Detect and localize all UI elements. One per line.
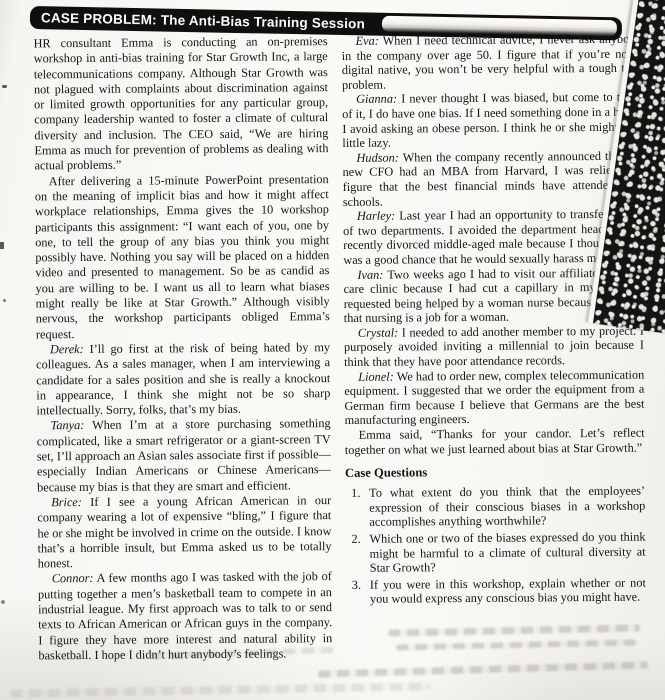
- scan-speck: [0, 242, 4, 249]
- speaker-paragraph-harley: Harley: Last year I had an opportunity t…: [343, 207, 643, 268]
- speaker-name: Gianna:: [356, 92, 397, 106]
- paragraph-text: After delivering a 15-minute PowerPoint …: [35, 172, 330, 341]
- speaker-paragraph-connor: Connor: A few months ago I was tasked wi…: [38, 569, 333, 663]
- question-text: If you were in this workshop, explain wh…: [370, 575, 646, 606]
- paragraph-text: HR consultant Emma is conducting an on-p…: [34, 34, 329, 173]
- scan-speck: [3, 299, 6, 302]
- question-number: 2.: [351, 532, 369, 576]
- speaker-paragraph-derek: Derek: I’ll go first at the risk of bein…: [36, 340, 331, 419]
- paragraph-text: Emma said, “Thanks for your candor. Let’…: [345, 426, 645, 457]
- speaker-name: Lionel:: [358, 369, 394, 383]
- speaker-name: Eva:: [356, 34, 379, 48]
- speaker-name: Harley:: [357, 209, 395, 223]
- speaker-name: Tanya:: [51, 418, 85, 432]
- speaker-name: Ivan:: [357, 267, 383, 281]
- scan-speck: [1, 600, 5, 604]
- closing-paragraph: Emma said, “Thanks for your candor. Let’…: [345, 426, 645, 458]
- case-questions-heading: Case Questions: [345, 464, 645, 481]
- intro-paragraph: HR consultant Emma is conducting an on-p…: [34, 34, 329, 174]
- speaker-name: Crystal:: [358, 325, 398, 339]
- header-shine-decoration: [382, 16, 617, 37]
- speaker-name: Brice:: [51, 495, 82, 509]
- case-question-2: 2. Which one or two of the biases expres…: [351, 530, 645, 576]
- speaker-paragraph-tanya: Tanya: When I’m at a store purchasing so…: [37, 416, 332, 495]
- assignment-paragraph: After delivering a 15-minute PowerPoint …: [35, 172, 330, 343]
- bleed-through-text-artifact: [318, 661, 648, 677]
- right-column: Eva: When I need technical advice, I nev…: [342, 32, 647, 662]
- scanned-page: CASE PROBLEM: The Anti-Bias Training Ses…: [0, 0, 665, 700]
- bleed-through-text-artifact: [10, 682, 430, 697]
- speaker-paragraph-lionel: Lionel: We had to order new, complex tel…: [344, 367, 644, 428]
- speaker-name: Hudson:: [356, 150, 398, 164]
- left-column: HR consultant Emma is conducting an on-p…: [34, 34, 333, 663]
- question-text: Which one or two of the biases expressed…: [369, 530, 645, 576]
- speaker-paragraph-hudson: Hudson: When the company recently announ…: [342, 148, 642, 209]
- case-question-3: 3. If you were in this workshop, explain…: [352, 575, 646, 606]
- speaker-name: Derek:: [50, 342, 84, 356]
- two-column-text: HR consultant Emma is conducting an on-p…: [34, 32, 647, 664]
- question-text: To what extent do you think that the emp…: [369, 484, 645, 530]
- speaker-paragraph-crystal: Crystal: I needed to add another member …: [344, 323, 644, 369]
- case-question-1: 1. To what extent do you think that the …: [351, 484, 645, 530]
- page-title: CASE PROBLEM: The Anti-Bias Training Ses…: [41, 6, 365, 35]
- speaker-paragraph-gianna: Gianna: I never thought I was biased, bu…: [342, 90, 642, 151]
- speaker-paragraph-brice: Brice: If I see a young African American…: [37, 493, 332, 572]
- paragraph-text: When I need technical advice, I never as…: [342, 32, 642, 92]
- paragraph-text: If I see a young African American in our…: [37, 493, 331, 570]
- question-number: 1.: [351, 486, 369, 530]
- speaker-paragraph-eva: Eva: When I need technical advice, I nev…: [342, 32, 642, 93]
- scan-speck: [2, 85, 7, 88]
- question-number: 3.: [352, 578, 370, 607]
- speaker-name: Connor:: [52, 571, 94, 585]
